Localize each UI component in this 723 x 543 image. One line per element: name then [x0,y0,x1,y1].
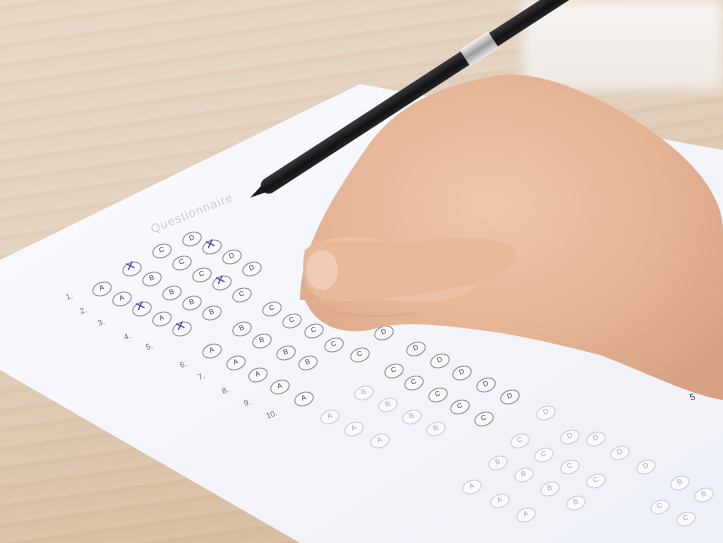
photo-scene: Questionnaire AAABBBBCCCCCCCDDDBBBBCCDDD… [0,0,723,543]
thumb [0,0,723,543]
